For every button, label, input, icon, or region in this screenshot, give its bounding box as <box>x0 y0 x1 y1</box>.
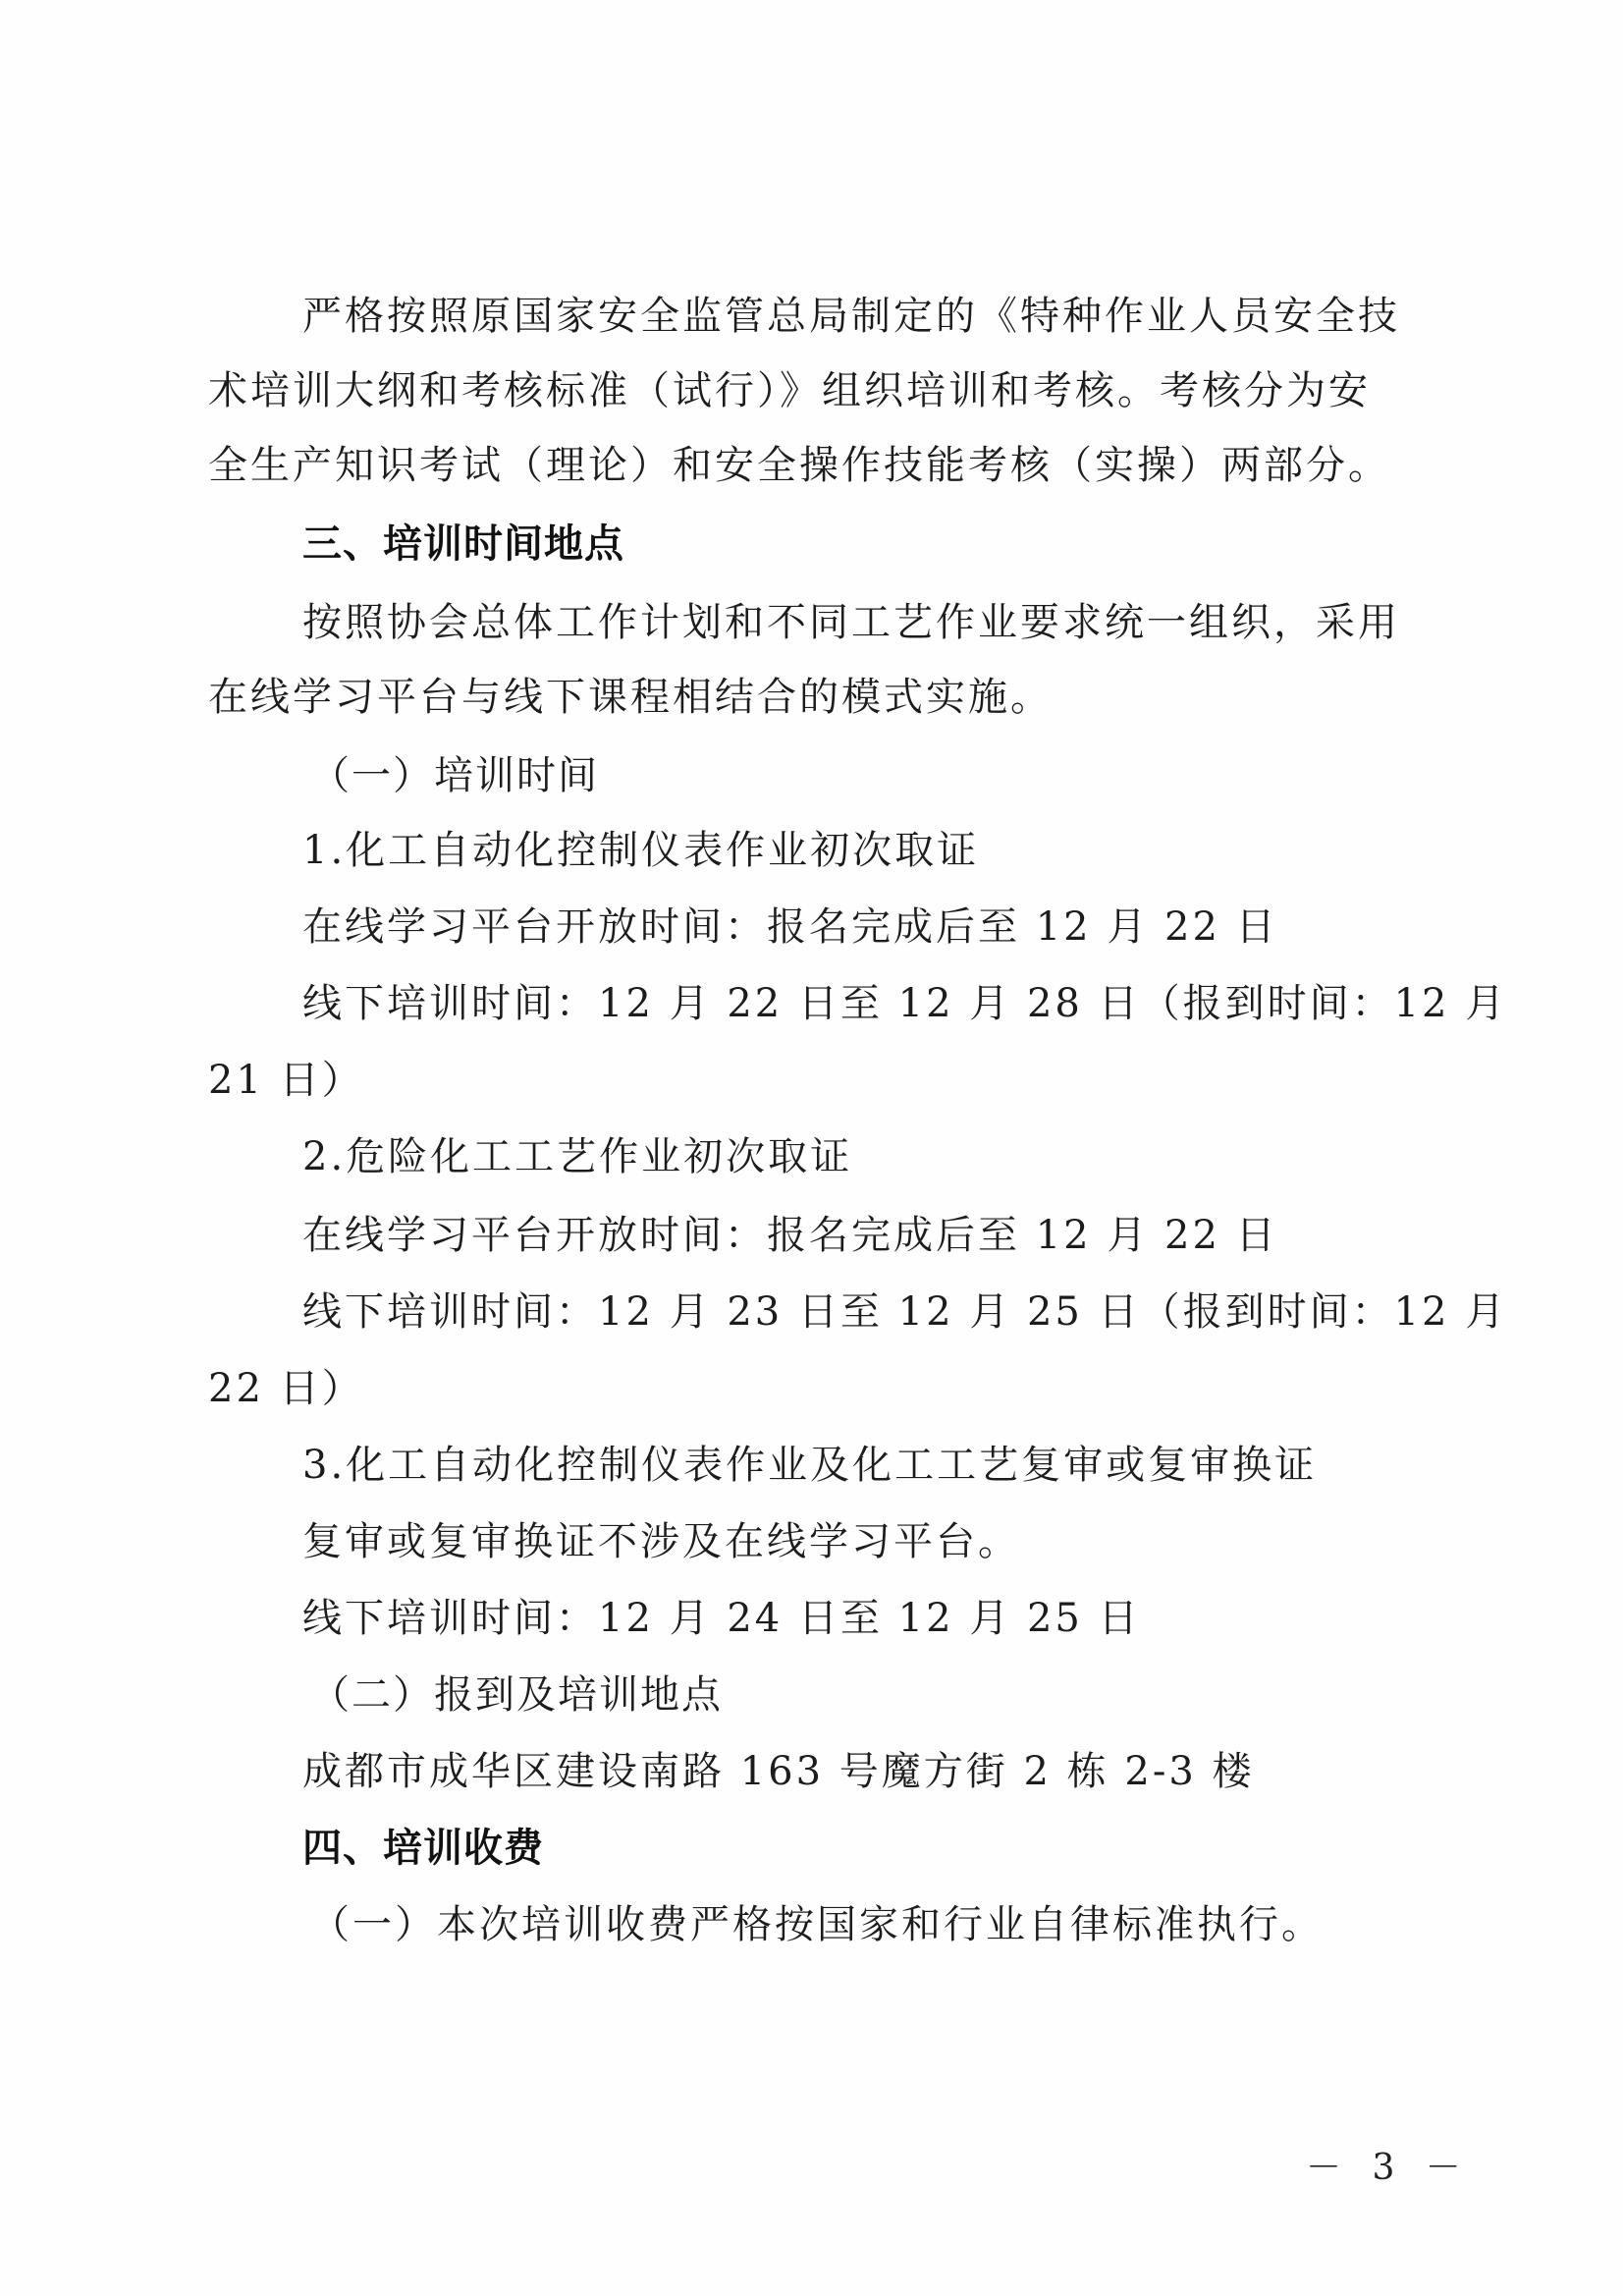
paragraph-line: 全生产知识考试（理论）和安全操作技能考核（实操）两部分。 <box>208 440 1390 491</box>
item-offline-time-cont: 22 日） <box>208 1363 364 1414</box>
section4-item: （一）本次培训收费严格按国家和行业自律标准执行。 <box>310 1899 1324 1950</box>
item-title: 2.危险化工工艺作业初次取证 <box>302 1131 852 1182</box>
item-offline-time: 线下培训时间：12 月 22 日至 12 月 28 日（报到时间：12 月 <box>302 978 1507 1029</box>
document-page: 严格按照原国家安全监管总局制定的《特种作业人员安全技 术培训大纲和考核标准（试行… <box>0 0 1623 2296</box>
item-offline-time-cont: 21 日） <box>208 1055 364 1106</box>
section3-intro-line: 按照协会总体工作计划和不同工艺作业要求统一组织，采用 <box>302 597 1400 648</box>
section-heading-4: 四、培训收费 <box>302 1823 544 1874</box>
section-heading-3: 三、培训时间地点 <box>302 519 624 570</box>
page-number: － 3 － <box>1306 2149 1471 2188</box>
training-address: 成都市成华区建设南路 163 号魔方街 2 栋 2-3 楼 <box>302 1746 1255 1797</box>
subsection-heading-training-time: （一）培训时间 <box>310 750 599 801</box>
section3-intro-line: 在线学习平台与线下课程相结合的模式实施。 <box>208 672 1053 723</box>
subsection-heading-location: （二）报到及培训地点 <box>310 1669 723 1721</box>
item-offline-time: 线下培训时间：12 月 24 日至 12 月 25 日 <box>302 1593 1141 1644</box>
item-title: 3.化工自动化控制仪表作业及化工工艺复审或复审换证 <box>302 1440 1317 1491</box>
item-offline-time: 线下培训时间：12 月 23 日至 12 月 25 日（报到时间：12 月 <box>302 1286 1507 1338</box>
item-note: 复审或复审换证不涉及在线学习平台。 <box>302 1516 1020 1567</box>
paragraph-line: 术培训大纲和考核标准（试行）》组织培训和考核。考核分为安 <box>208 365 1371 416</box>
item-online-time: 在线学习平台开放时间：报名完成后至 12 月 22 日 <box>302 902 1278 953</box>
item-title: 1.化工自动化控制仪表作业初次取证 <box>302 825 979 876</box>
item-online-time: 在线学习平台开放时间：报名完成后至 12 月 22 日 <box>302 1210 1278 1261</box>
paragraph-line: 严格按照原国家安全监管总局制定的《特种作业人员安全技 <box>302 291 1400 342</box>
